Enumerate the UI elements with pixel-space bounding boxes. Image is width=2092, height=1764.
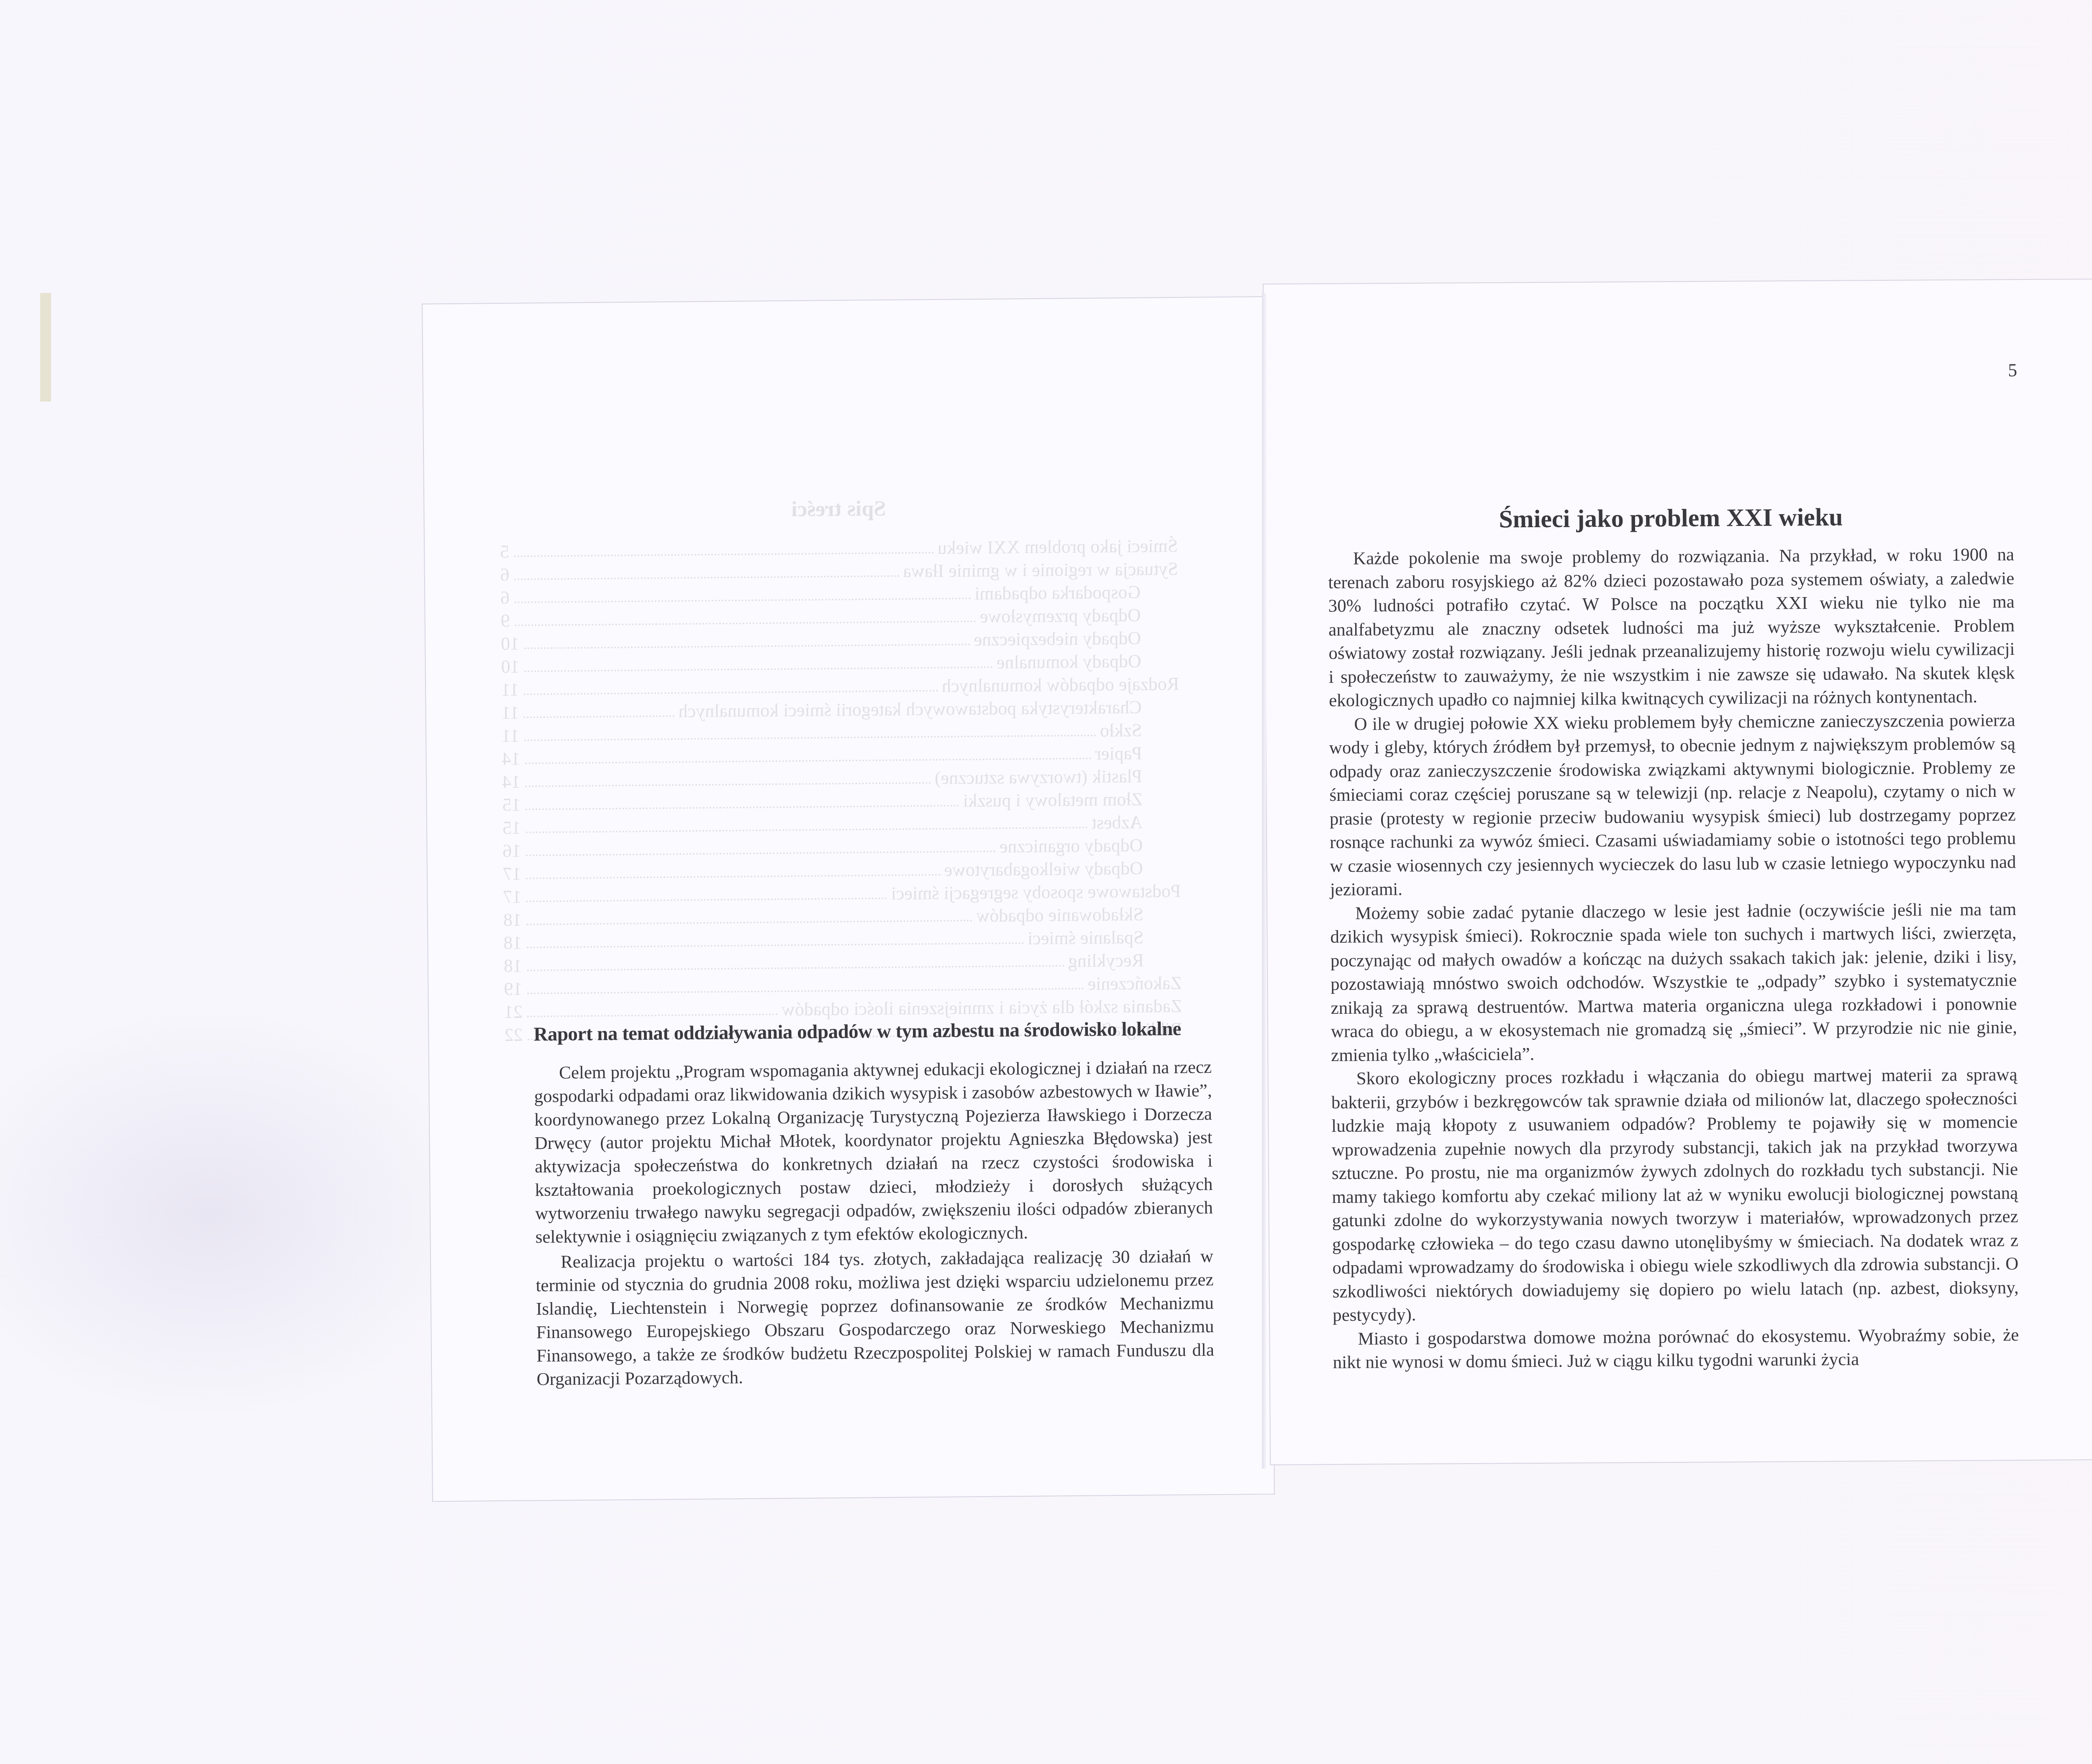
toc-leader-dots (525, 789, 959, 810)
toc-entry-label: Odpady komunalne (997, 649, 1179, 674)
open-booklet: Spis treści Śmieci jako problem XXI wiek… (423, 285, 2092, 1485)
toc-entry-page: 11 (502, 724, 520, 747)
toc-entry-label: Odpady przemysłowe (979, 603, 1178, 628)
toc-entry-page: 11 (501, 678, 519, 701)
toc-entry-label: Spalanie śmieci (1028, 926, 1182, 950)
toc-leader-dots (523, 651, 992, 672)
toc-entry-label: Recykling (1068, 949, 1182, 972)
paragraph: Miasto i gospodarstwa domowe można porów… (1333, 1323, 2019, 1375)
paragraph: Każde pokolenie ma swoje problemy do roz… (1328, 543, 2015, 713)
page-number: 5 (2008, 359, 2017, 381)
toc-entry-page: 5 (500, 540, 509, 563)
show-through-table-of-contents: Spis treści Śmieci jako problem XXI wiek… (500, 495, 1182, 1046)
toc-leader-dots (514, 582, 970, 603)
toc-entry-page: 15 (502, 816, 521, 839)
toc-entry-label: Plastik (tworzywa sztuczne) (935, 764, 1180, 790)
toc-entry-label: Odpady organiczne (1000, 833, 1181, 858)
toc-leader-dots (513, 560, 899, 580)
toc-title: Spis treści (500, 495, 1177, 523)
toc-entry-label: Odpady niebezpieczne (974, 626, 1179, 651)
toc-leader-dots (523, 700, 674, 718)
toc-entry-label: Złom metalowy i puszki (963, 787, 1180, 813)
left-page: Spis treści Śmieci jako problem XXI wiek… (423, 297, 1274, 1501)
toc-entry-page: 10 (501, 655, 519, 678)
toc-entry-page: 18 (503, 931, 522, 954)
toc-entry-label: Sytuacja w regionie i w gminie Iława (903, 557, 1178, 583)
toc-entry-page: 19 (504, 977, 522, 1000)
article-title: Śmieci jako problem XXI wieku (1328, 502, 2014, 535)
toc-entry-label: Szkło (1100, 718, 1180, 742)
toc-leader-dots (525, 767, 931, 787)
book-gutter (1262, 293, 1266, 1469)
toc-entry-label: Gospodarka odpadami (974, 580, 1179, 605)
toc-entry-label: Rodzaje odpadów komunalnych (942, 672, 1179, 697)
toc-leader-dots (514, 605, 975, 626)
toc-entry-label: Zadania szkół dla życia i zmniejszenia i… (782, 995, 1182, 1021)
paragraph: Skoro ekologiczny proces rozkładu i włąc… (1331, 1063, 2019, 1328)
paragraph: Celem projektu „Program wspomagania akty… (534, 1056, 1213, 1249)
toc-leader-dots (526, 859, 940, 879)
toc-entry-label: Odpady wielkogabarytowe (944, 856, 1181, 882)
left-page-content: Raport na temat oddziaływania odpadów w … (533, 1017, 1215, 1391)
toc-entry-page: 11 (501, 701, 519, 724)
toc-entry-page: 10 (501, 632, 519, 655)
paragraph: Realizacja projektu o wartości 184 tys. … (536, 1245, 1215, 1391)
toc-entry-label: Papier (1095, 741, 1180, 765)
toc-leader-dots (526, 882, 887, 903)
toc-entry-page: 9 (500, 609, 510, 632)
toc-entry-page: 15 (502, 793, 520, 816)
paragraph: O ile w drugiej połowie XX wieku problem… (1329, 709, 2016, 902)
toc-entry-page: 18 (503, 908, 522, 931)
toc-leader-dots (525, 835, 995, 856)
toc-entry-label: Azbest (1092, 810, 1181, 834)
toc-entry-label: Zakończenie (1087, 972, 1182, 995)
toc-entry-page: 14 (502, 747, 520, 770)
toc-leader-dots (523, 674, 938, 695)
toc-entry-page: 17 (503, 885, 521, 908)
paragraph: Możemy sobie zadać pytanie dlaczego w le… (1330, 898, 2017, 1068)
toc-entry-label: Składowanie odpadów (976, 903, 1181, 927)
toc-entry-page: 21 (504, 1000, 523, 1023)
toc-entry-page: 22 (504, 1023, 523, 1046)
toc-entry-page: 14 (502, 770, 520, 793)
toc-entry-page: 6 (500, 586, 510, 609)
right-page-content: Śmieci jako problem XXI wieku Każde poko… (1328, 502, 2019, 1374)
toc-entry-label: Śmieci jako problem XXI wieku (938, 534, 1178, 559)
binder-tab-mark (40, 293, 51, 402)
toc-leader-dots (526, 904, 972, 925)
toc-leader-dots (513, 536, 933, 557)
toc-leader-dots (523, 628, 970, 649)
toc-entry-page: 18 (504, 954, 522, 977)
toc-entry-page: 6 (500, 563, 509, 586)
toc-entry-page: 17 (503, 862, 521, 885)
toc-entry-page: 16 (502, 839, 521, 862)
toc-entry-label: Podstawowe sposoby segregacji śmieci (891, 879, 1181, 905)
right-page: 5 Śmieci jako problem XXI wieku Każde po… (1264, 279, 2092, 1464)
toc-leader-dots (527, 998, 778, 1017)
